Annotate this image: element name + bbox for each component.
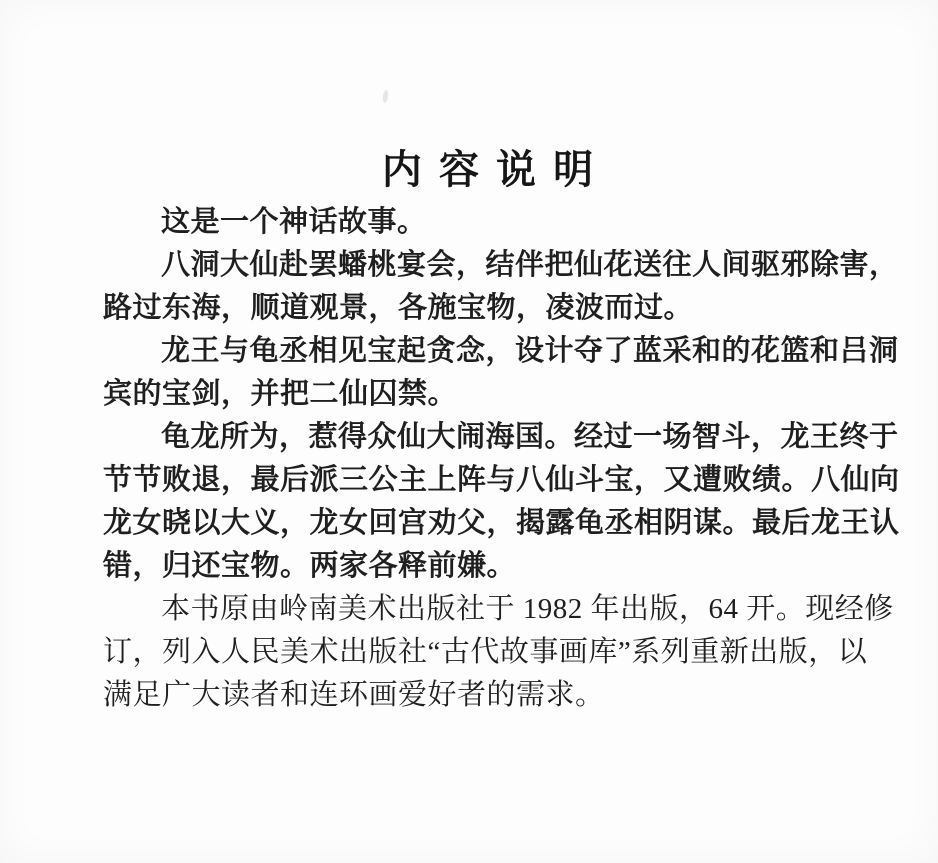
text-line: 龙女晓以大义，龙女回宫劝父，揭露龟丞相阴谋。最后龙王认 xyxy=(103,502,893,545)
text-block: 这是一个神话故事。八洞大仙赴罢蟠桃宴会，结伴把仙花送往人间驱邪除害，路过东海，顺… xyxy=(103,201,893,717)
text-line: 满足广大读者和连环画爱好者的需求。 xyxy=(103,674,893,717)
text-line: 本书原由岭南美术出版社于 1982 年出版，64 开。现经修 xyxy=(103,588,893,631)
page-title: 内 容 说 明 xyxy=(103,138,875,195)
text-line: 错，归还宝物。两家各释前嫌。 xyxy=(103,545,893,588)
text-line: 宾的宝剑，并把二仙囚禁。 xyxy=(103,373,893,416)
text-line: 节节败退，最后派三公主上阵与八仙斗宝，又遭败绩。八仙向 xyxy=(103,459,893,502)
text-line: 龙王与龟丞相见宝起贪念，设计夺了蓝采和的花篮和吕洞 xyxy=(103,330,893,373)
scan-smudge xyxy=(382,90,389,104)
text-line: 订，列入人民美术出版社“古代故事画库”系列重新出版，以 xyxy=(103,631,893,674)
text-line: 龟龙所为，惹得众仙大闹海国。经过一场智斗，龙王终于 xyxy=(103,416,893,459)
paragraph-5: 本书原由岭南美术出版社于 1982 年出版，64 开。现经修订，列入人民美术出版… xyxy=(103,588,893,717)
text-line: 路过东海，顺道观景，各施宝物，凌波而过。 xyxy=(103,287,893,330)
book-page: 内 容 说 明 这是一个神话故事。八洞大仙赴罢蟠桃宴会，结伴把仙花送往人间驱邪除… xyxy=(0,0,938,863)
paragraph-1: 这是一个神话故事。 xyxy=(103,201,893,244)
text-line: 这是一个神话故事。 xyxy=(103,201,893,244)
paragraph-4: 龟龙所为，惹得众仙大闹海国。经过一场智斗，龙王终于节节败退，最后派三公主上阵与八… xyxy=(103,416,893,588)
paragraph-3: 龙王与龟丞相见宝起贪念，设计夺了蓝采和的花篮和吕洞宾的宝剑，并把二仙囚禁。 xyxy=(103,330,893,416)
text-line: 八洞大仙赴罢蟠桃宴会，结伴把仙花送往人间驱邪除害， xyxy=(103,244,893,287)
paragraph-2: 八洞大仙赴罢蟠桃宴会，结伴把仙花送往人间驱邪除害，路过东海，顺道观景，各施宝物，… xyxy=(103,244,893,330)
